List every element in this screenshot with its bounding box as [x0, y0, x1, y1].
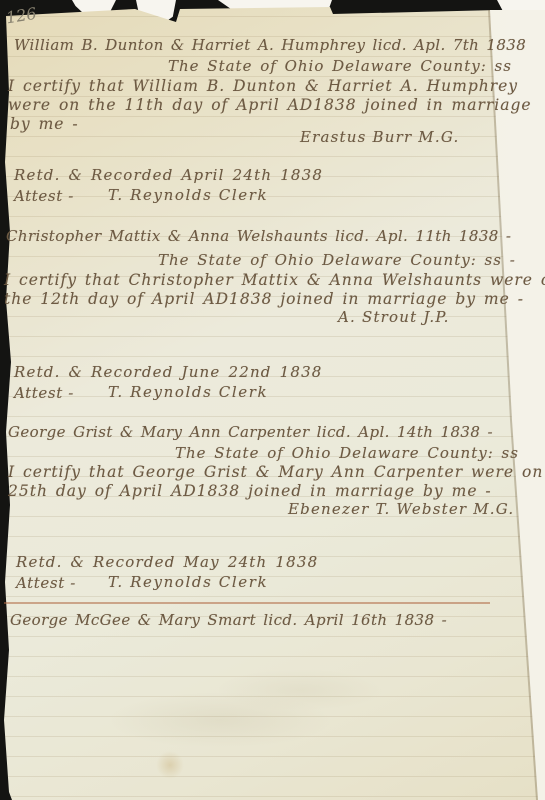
record-heading: George McGee & Mary Smart licd. April 16… — [10, 611, 447, 629]
officiant-signature: A. Strout J.P. — [338, 308, 450, 326]
certification-line: the 12th day of April AD1838 joined in m… — [4, 290, 524, 308]
attest-label: Attest - — [14, 187, 74, 205]
record-heading: Christopher Mattix & Anna Welshaunts lic… — [6, 227, 511, 245]
ledger-paper — [0, 0, 545, 800]
state-county-line: The State of Ohio Delaware County: ss - — [158, 251, 516, 269]
certification-line: I certify that George Grist & Mary Ann C… — [8, 463, 545, 481]
clerk-signature: T. Reynolds Clerk — [108, 186, 268, 204]
clerk-signature: T. Reynolds Clerk — [108, 383, 268, 401]
certification-line: I certify that Christopher Mattix & Anna… — [4, 271, 545, 289]
certification-line: I certify that William B. Dunton & Harri… — [8, 77, 518, 95]
recorded-line: Retd. & Recorded April 24th 1838 — [14, 166, 323, 184]
record-heading: George Grist & Mary Ann Carpenter licd. … — [8, 423, 493, 441]
state-county-line: The State of Ohio Delaware County: ss — [168, 57, 512, 75]
recorded-line: Retd. & Recorded May 24th 1838 — [16, 553, 318, 571]
red-rule-line — [4, 602, 490, 604]
certification-line: by me - — [10, 115, 79, 133]
clerk-signature: T. Reynolds Clerk — [108, 573, 268, 591]
attest-label: Attest - — [14, 384, 74, 402]
state-county-line: The State of Ohio Delaware County: ss — [175, 444, 519, 462]
record-heading: William B. Dunton & Harriet A. Humphrey … — [14, 36, 526, 54]
officiant-signature: Ebenezer T. Webster M.G. — [288, 500, 514, 518]
recorded-line: Retd. & Recorded June 22nd 1838 — [14, 363, 323, 381]
certification-line: 25th day of April AD1838 joined in marri… — [8, 482, 492, 500]
ledger-page-scan: 126 William B. Dunton & Harriet A. Humph… — [0, 0, 545, 800]
certification-line: were on the 11th day of April AD1838 joi… — [8, 96, 532, 114]
attest-label: Attest - — [16, 574, 76, 592]
officiant-signature: Erastus Burr M.G. — [300, 128, 459, 146]
